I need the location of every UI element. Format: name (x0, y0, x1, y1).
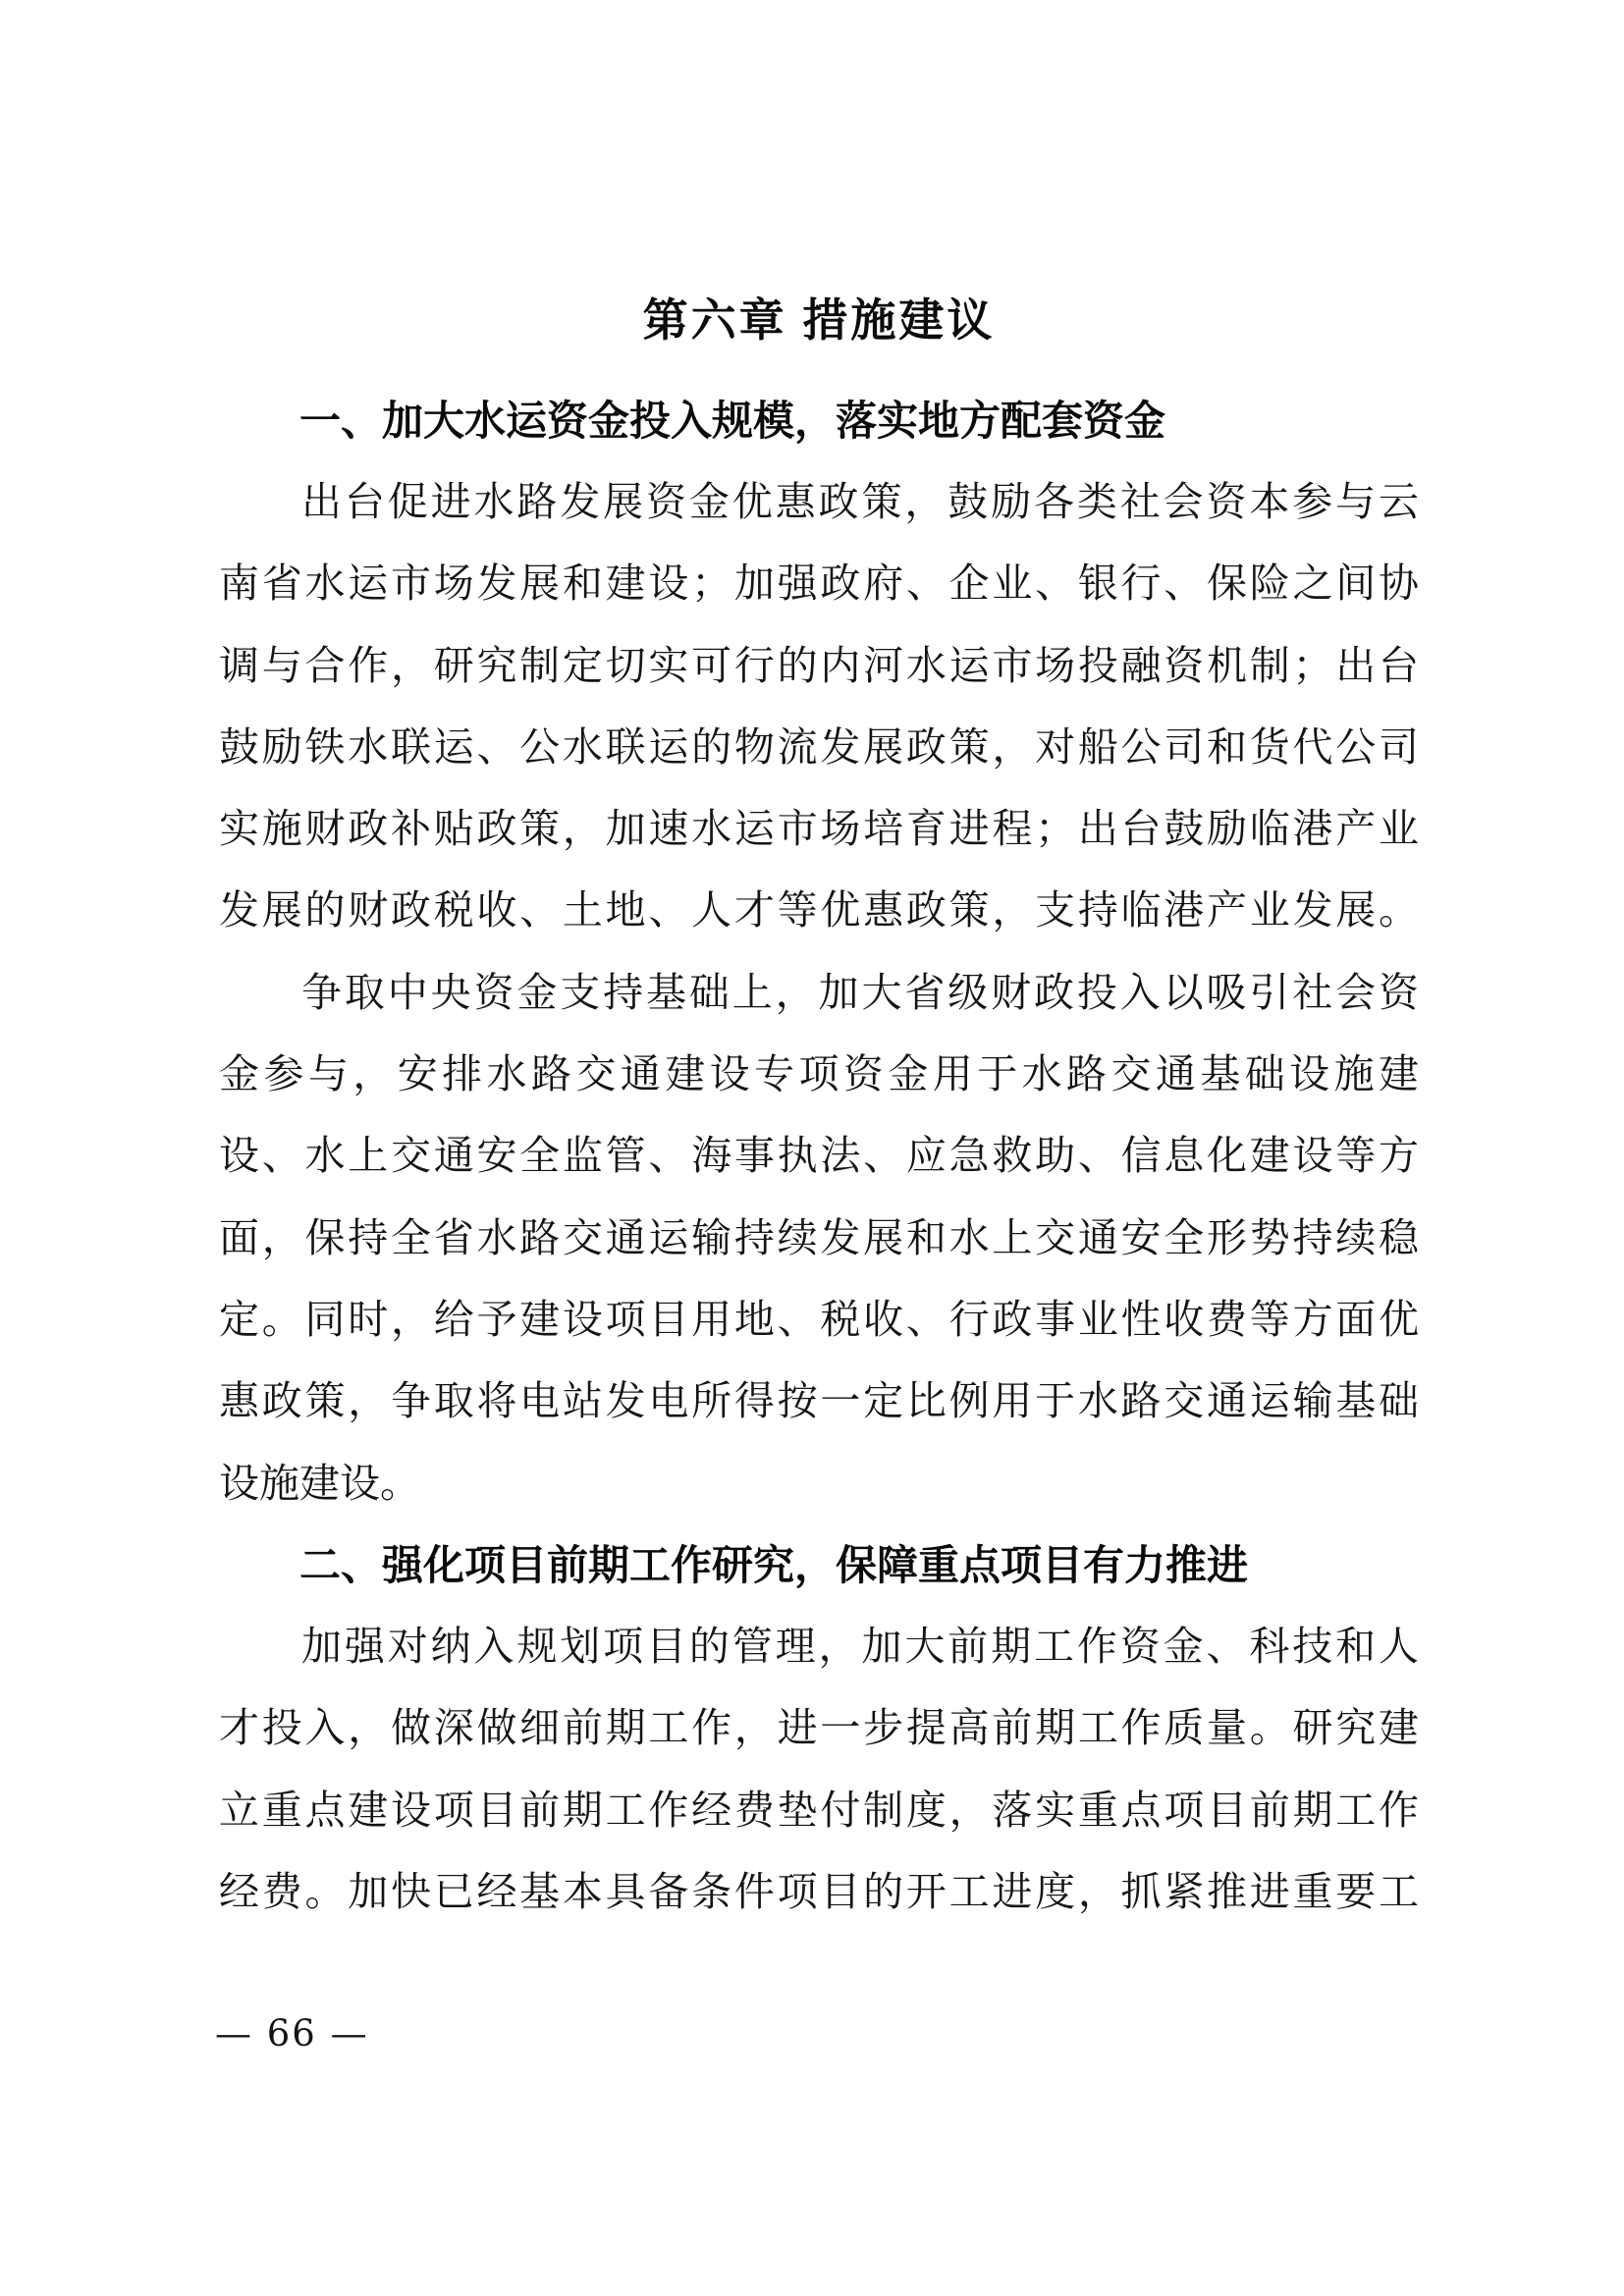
page-number: — 66 — (215, 2004, 369, 2063)
body-line: 定。同时，给予建设项目用地、税收、行政事业性收费等方面优 (219, 1279, 1419, 1361)
body-line: 实施财政补贴政策，加速水运市场培育进程；出台鼓励临港产业 (219, 788, 1419, 870)
section-heading-1: 一、加大水运资金投入规模，落实地方配套资金 (219, 391, 1419, 452)
body-line: 调与合作，研究制定切实可行的内河水运市场投融资机制；出台 (219, 625, 1419, 707)
body-line: 经费。加快已经基本具备条件项目的开工进度，抓紧推进重要工 (219, 1851, 1419, 1933)
body-line: 鼓励铁水联运、公水联运的物流发展政策，对船公司和货代公司 (219, 707, 1419, 788)
body-line: 立重点建设项目前期工作经费垫付制度，落实重点项目前期工作 (219, 1770, 1419, 1851)
body-text: 出台促进水路发展资金优惠政策，鼓励各类社会资本参与云 南省水运市场发展和建设；加… (219, 461, 1419, 1933)
body-line: 出台促进水路发展资金优惠政策，鼓励各类社会资本参与云 (219, 461, 1419, 543)
body-line: 惠政策，争取将电站发电所得按一定比例用于水路交通运输基础 (219, 1361, 1419, 1442)
body-line: 设施建设。 (219, 1443, 1419, 1524)
section-heading-2: 二、强化项目前期工作研究，保障重点项目有力推进 (219, 1524, 1419, 1606)
document-page: 第六章 措施建议 一、加大水运资金投入规模，落实地方配套资金 出台促进水路发展资… (0, 0, 1624, 2296)
body-line: 才投入，做深做细前期工作，进一步提高前期工作质量。研究建 (219, 1687, 1419, 1769)
body-line: 加强对纳入规划项目的管理，加大前期工作资金、科技和人 (219, 1606, 1419, 1687)
chapter-title: 第六章 措施建议 (219, 286, 1419, 354)
body-line: 南省水运市场发展和建设；加强政府、企业、银行、保险之间协 (219, 543, 1419, 624)
body-line: 面，保持全省水路交通运输持续发展和水上交通安全形势持续稳 (219, 1198, 1419, 1279)
body-line: 发展的财政税收、土地、人才等优惠政策，支持临港产业发展。 (219, 870, 1419, 951)
body-line: 设、水上交通安全监管、海事执法、应急救助、信息化建设等方 (219, 1115, 1419, 1197)
body-line: 金参与，安排水路交通建设专项资金用于水路交通基础设施建 (219, 1034, 1419, 1115)
body-line: 争取中央资金支持基础上，加大省级财政投入以吸引社会资 (219, 952, 1419, 1034)
